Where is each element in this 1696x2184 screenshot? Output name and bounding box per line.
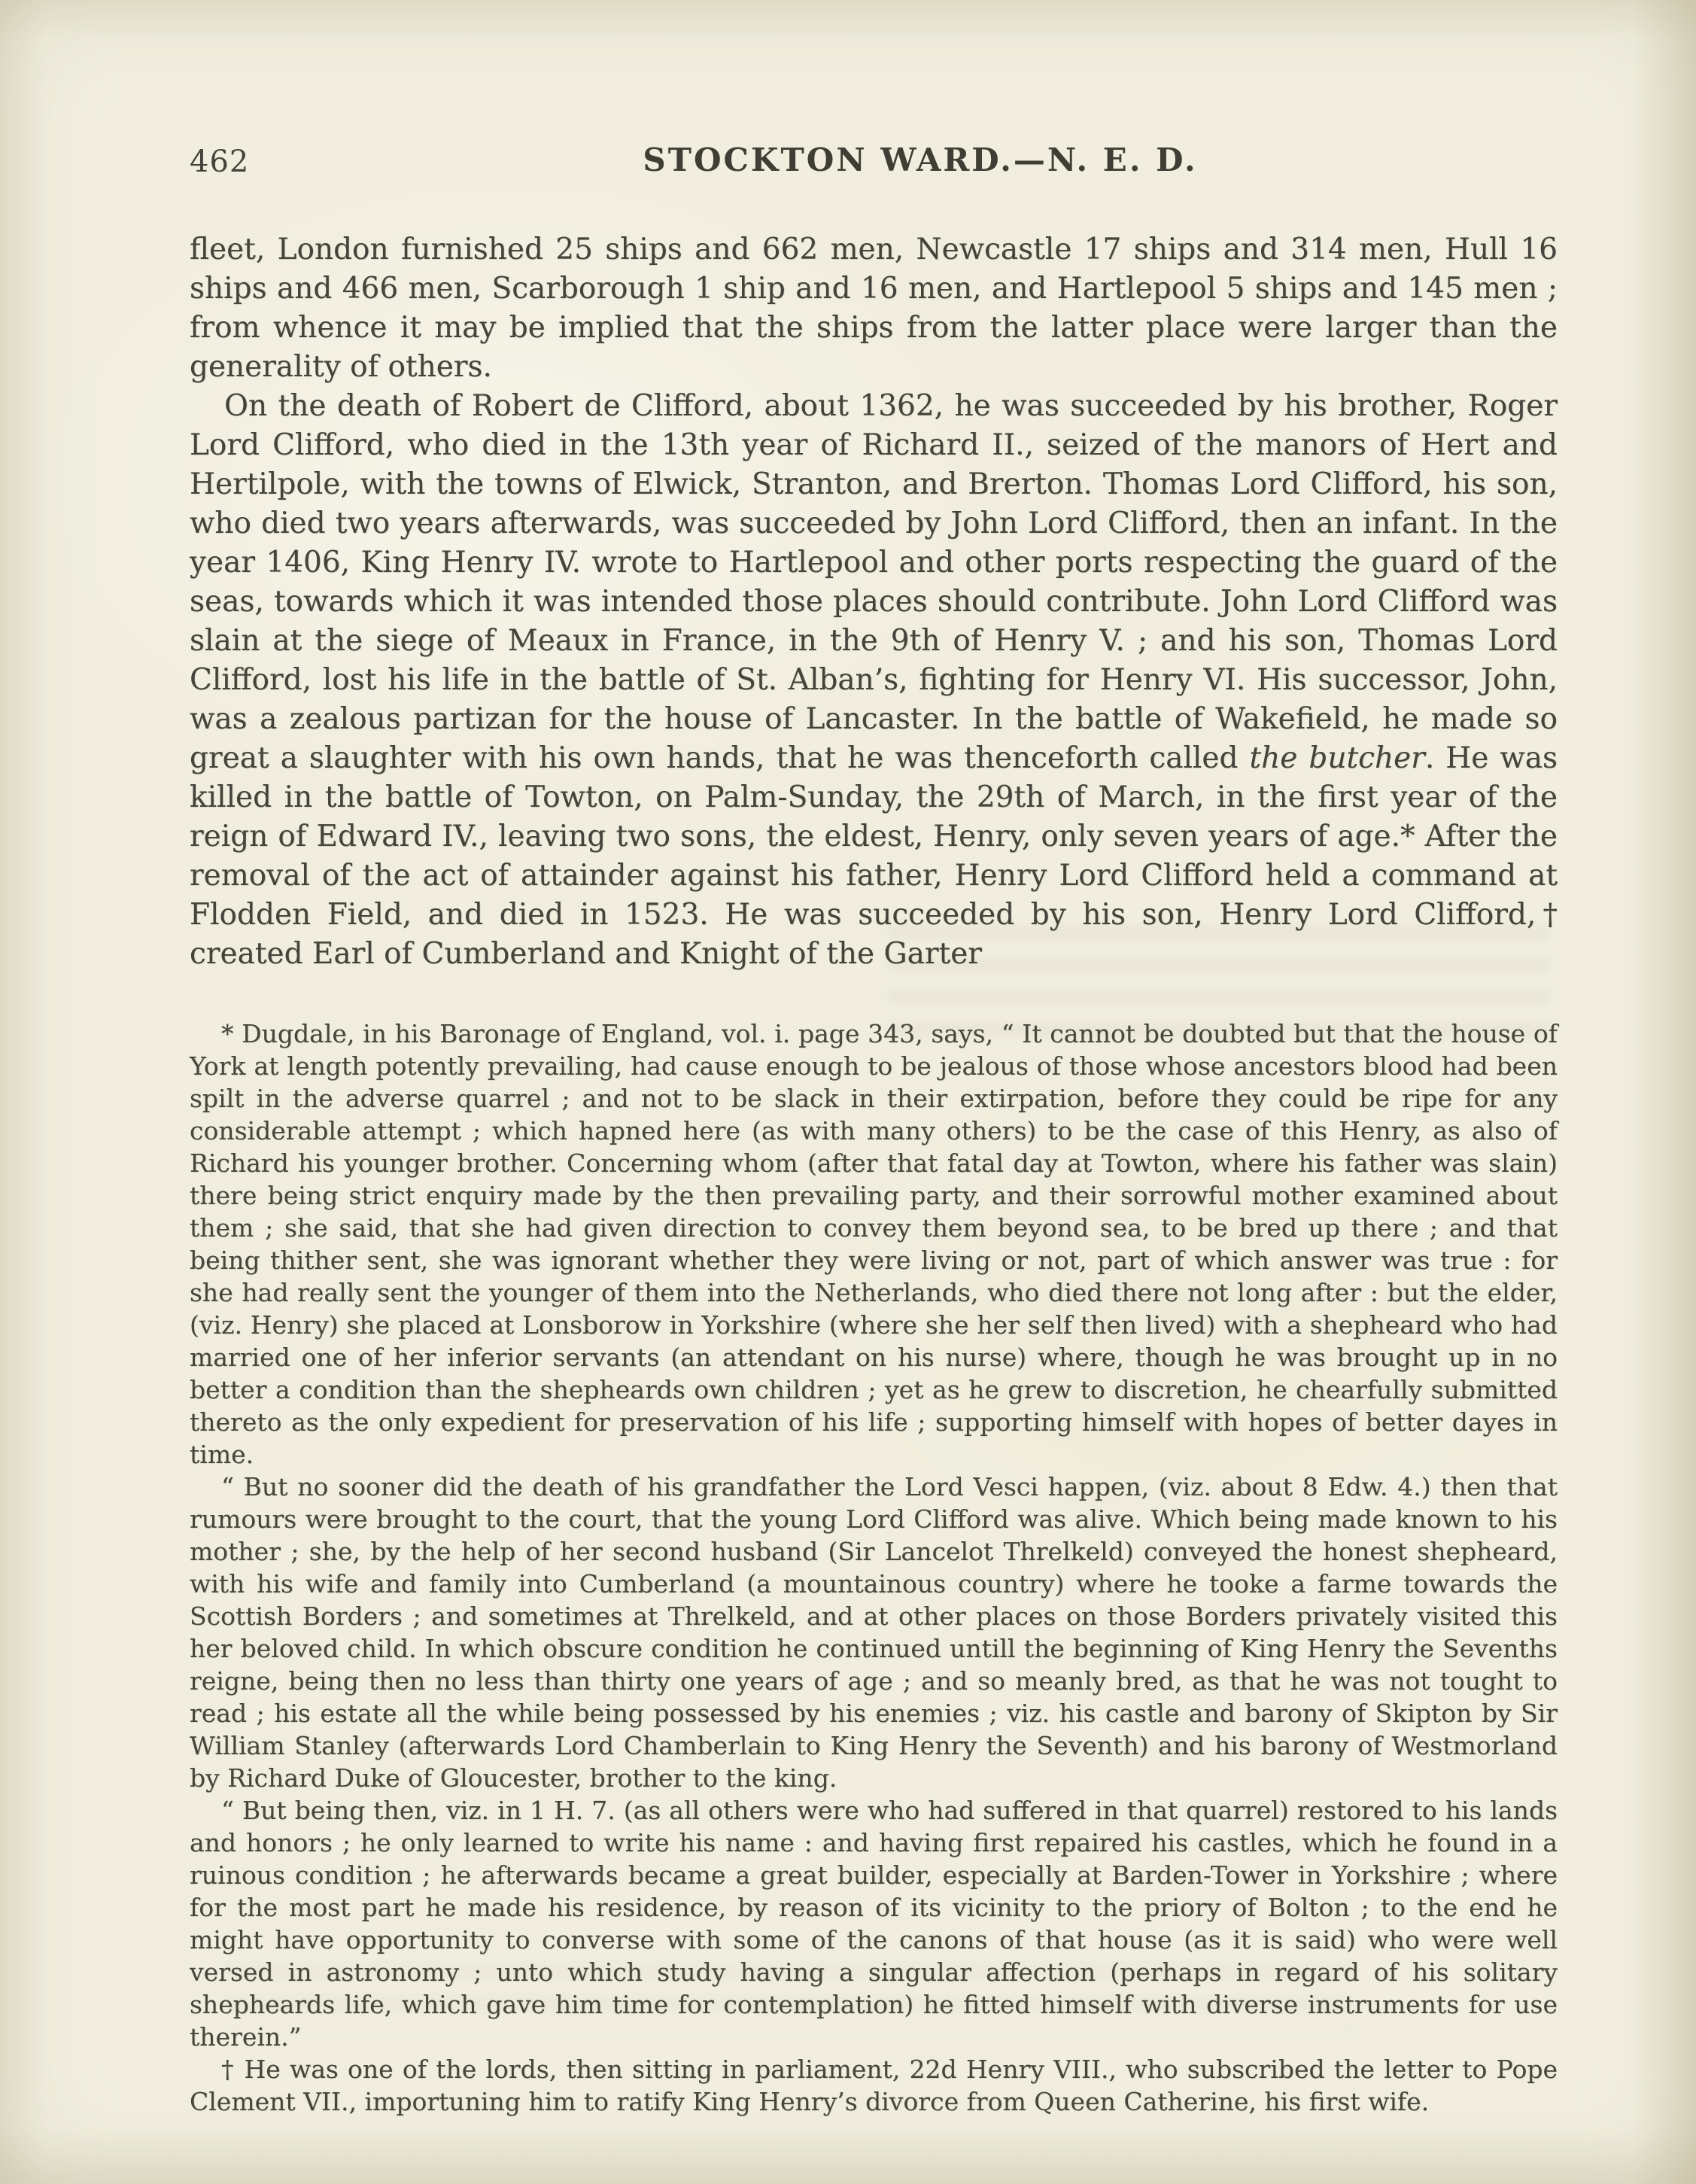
footnote-star-paragraph-3: “ But being then, viz. in 1 H. 7. (as al…	[190, 1794, 1558, 2053]
body-paragraph-1: fleet, London furnished 25 ships and 662…	[190, 230, 1558, 387]
footnote-dagger-paragraph: † He was one of the lords, then sitting …	[190, 2053, 1558, 2118]
body-paragraph-2-continued: . He was killed in the battle of Towton,…	[190, 741, 1558, 971]
page-content: 462 STOCKTON WARD.—N. E. D. fleet, Londo…	[190, 141, 1558, 2118]
page-number: 462	[190, 144, 249, 179]
running-title: STOCKTON WARD.—N. E. D.	[643, 141, 1197, 178]
footnotes-section: * Dugdale, in his Baronage of England, v…	[190, 1017, 1558, 2118]
body-paragraph-2: On the death of Robert de Clifford, abou…	[190, 387, 1558, 974]
scanned-page: 462 STOCKTON WARD.—N. E. D. fleet, Londo…	[0, 0, 1696, 2184]
footnote-star-paragraph-1: * Dugdale, in his Baronage of England, v…	[190, 1017, 1558, 1471]
body-paragraph-2-text: On the death of Robert de Clifford, abou…	[190, 389, 1558, 775]
body-paragraph-2-italic-phrase: the butcher	[1249, 741, 1424, 775]
footnote-star-paragraph-2: “ But no sooner did the death of his gra…	[190, 1471, 1558, 1794]
body-text: fleet, London furnished 25 ships and 662…	[190, 230, 1558, 974]
page-header: 462 STOCKTON WARD.—N. E. D.	[190, 141, 1558, 181]
